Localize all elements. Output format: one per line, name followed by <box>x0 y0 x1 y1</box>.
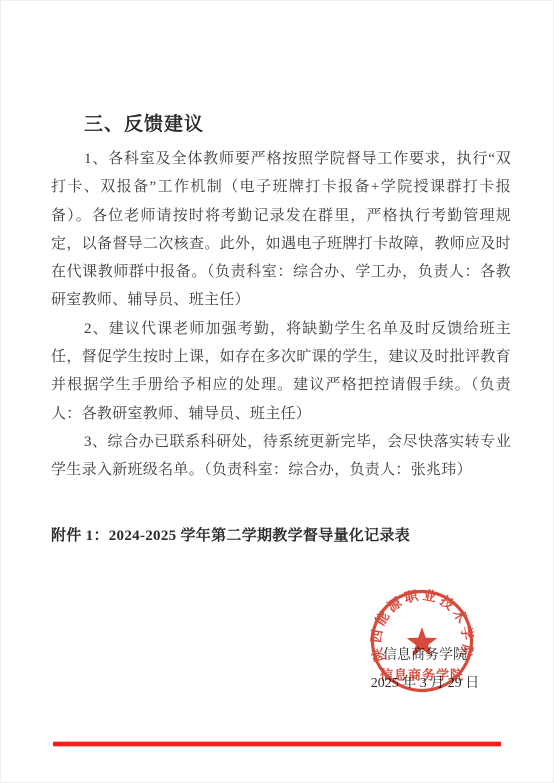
feedback-paragraph-2: 2、建议代课老师加强考勤，将缺勤学生名单及时反馈给班主任，督促学生按时上课，如存… <box>51 315 511 428</box>
signature-department: 信息商务学院 <box>366 642 484 670</box>
signature-block: 信息商务学院 2025 年 3 月 29 日 <box>366 642 484 698</box>
document-page: 三、反馈建议 1、各科室及全体教师要严格按照学院督导工作要求，执行“双打卡、双报… <box>0 0 554 783</box>
document-body: 三、反馈建议 1、各科室及全体教师要严格按照学院督导工作要求，执行“双打卡、双报… <box>51 111 511 550</box>
feedback-paragraph-3: 3、综合办已联系科研处，待系统更新完毕，会尽快落实转专业学生录入新班级名单。（负… <box>51 428 511 485</box>
footer-divider <box>53 742 501 746</box>
attachment-line: 附件 1：2024-2025 学年第二学期教学督导量化记录表 <box>51 522 511 550</box>
section-heading: 三、反馈建议 <box>51 111 511 139</box>
signature-date: 2025 年 3 月 29 日 <box>366 670 484 698</box>
feedback-paragraph-1: 1、各科室及全体教师要严格按照学院督导工作要求，执行“双打卡、双报备”工作机制（… <box>51 145 511 315</box>
